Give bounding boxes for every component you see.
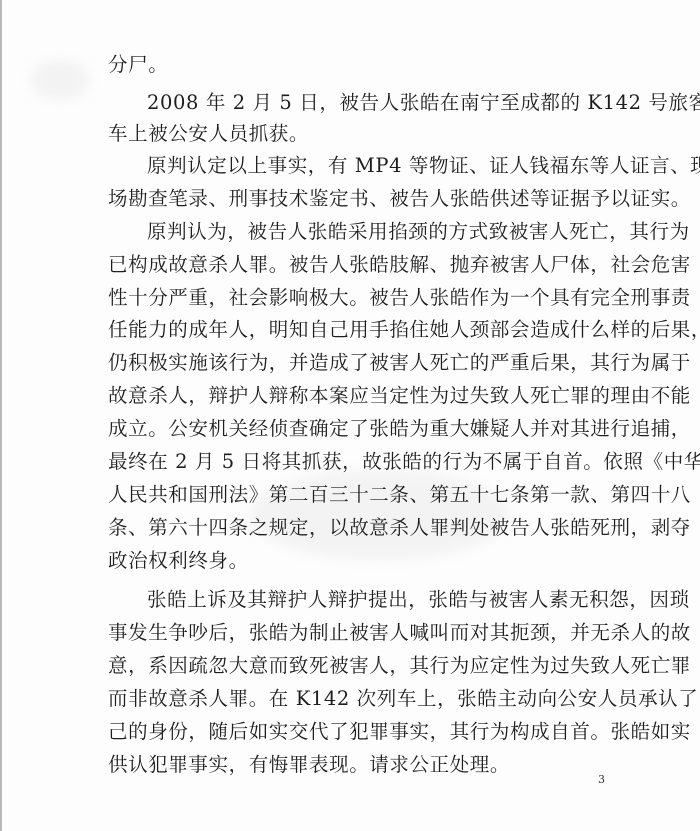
text-line: 供认犯罪事实，有悔罪表现。请求公正处理。: [108, 753, 604, 777]
text-line: 政治权利终身。: [108, 549, 604, 573]
page-number: 3: [598, 773, 605, 786]
text-line: 性十分严重，社会影响极大。被告人张皓作为一个具有完全刑事责: [108, 286, 604, 310]
text-line: 张皓上诉及其辩护人辩护提出，张皓与被害人素无积怨，因琐: [147, 588, 604, 612]
document-page: 分尸。 2008 年 2 月 5 日，被告人张皓在南宁至成都的 K142 号旅客…: [0, 0, 700, 831]
text-line: 场勘查笔录、刑事技术鉴定书、被告人张皓供述等证据予以证实。: [108, 187, 604, 211]
text-line: 已构成故意杀人罪。被告人张皓肢解、抛弃被害人尸体，社会危害: [108, 253, 604, 277]
text-line: 2008 年 2 月 5 日，被告人张皓在南宁至成都的 K142 号旅客列: [147, 91, 604, 115]
text-line: 己的身份，随后如实交代了犯罪事实，其行为构成自首。张皓如实: [108, 720, 604, 744]
page-left-edge: [0, 0, 2, 831]
text-line: 原判认为，被告人张皓采用掐颈的方式致被害人死亡，其行为: [147, 220, 604, 244]
text-line: 条、第六十四条之规定，以故意杀人罪判处被告人张皓死刑，剥夺: [108, 516, 604, 540]
text-line: 而非故意杀人罪。在 K142 次列车上，张皓主动向公安人员承认了自: [108, 687, 604, 711]
text-line: 成立。公安机关经侦查确定了张皓为重大嫌疑人并对其进行追捕，: [108, 417, 604, 441]
text-line: 车上被公安人员抓获。: [108, 122, 604, 146]
text-line: 意，系因疏忽大意而致死被害人，其行为应定性为过失致人死亡罪: [108, 654, 604, 678]
text-line: 分尸。: [108, 53, 604, 77]
text-line: 人民共和国刑法》第二百三十二条、第五十七条第一款、第四十八: [108, 483, 604, 507]
scan-smudge: [30, 60, 90, 100]
text-line: 仍积极实施该行为，并造成了被害人死亡的严重后果，其行为属于: [108, 351, 604, 375]
text-line: 故意杀人，辩护人辩称本案应当定性为过失致人死亡罪的理由不能: [108, 384, 604, 408]
text-line: 任能力的成年人，明知自己用手掐住她人颈部会造成什么样的后果，: [108, 318, 604, 342]
text-line: 原判认定以上事实，有 MP4 等物证、证人钱福东等人证言、现: [147, 154, 604, 178]
text-line: 事发生争吵后，张皓为制止被害人喊叫而对其扼颈，并无杀人的故: [108, 621, 604, 645]
text-line: 最终在 2 月 5 日将其抓获，故张皓的行为不属于自首。依照《中华: [108, 450, 604, 474]
